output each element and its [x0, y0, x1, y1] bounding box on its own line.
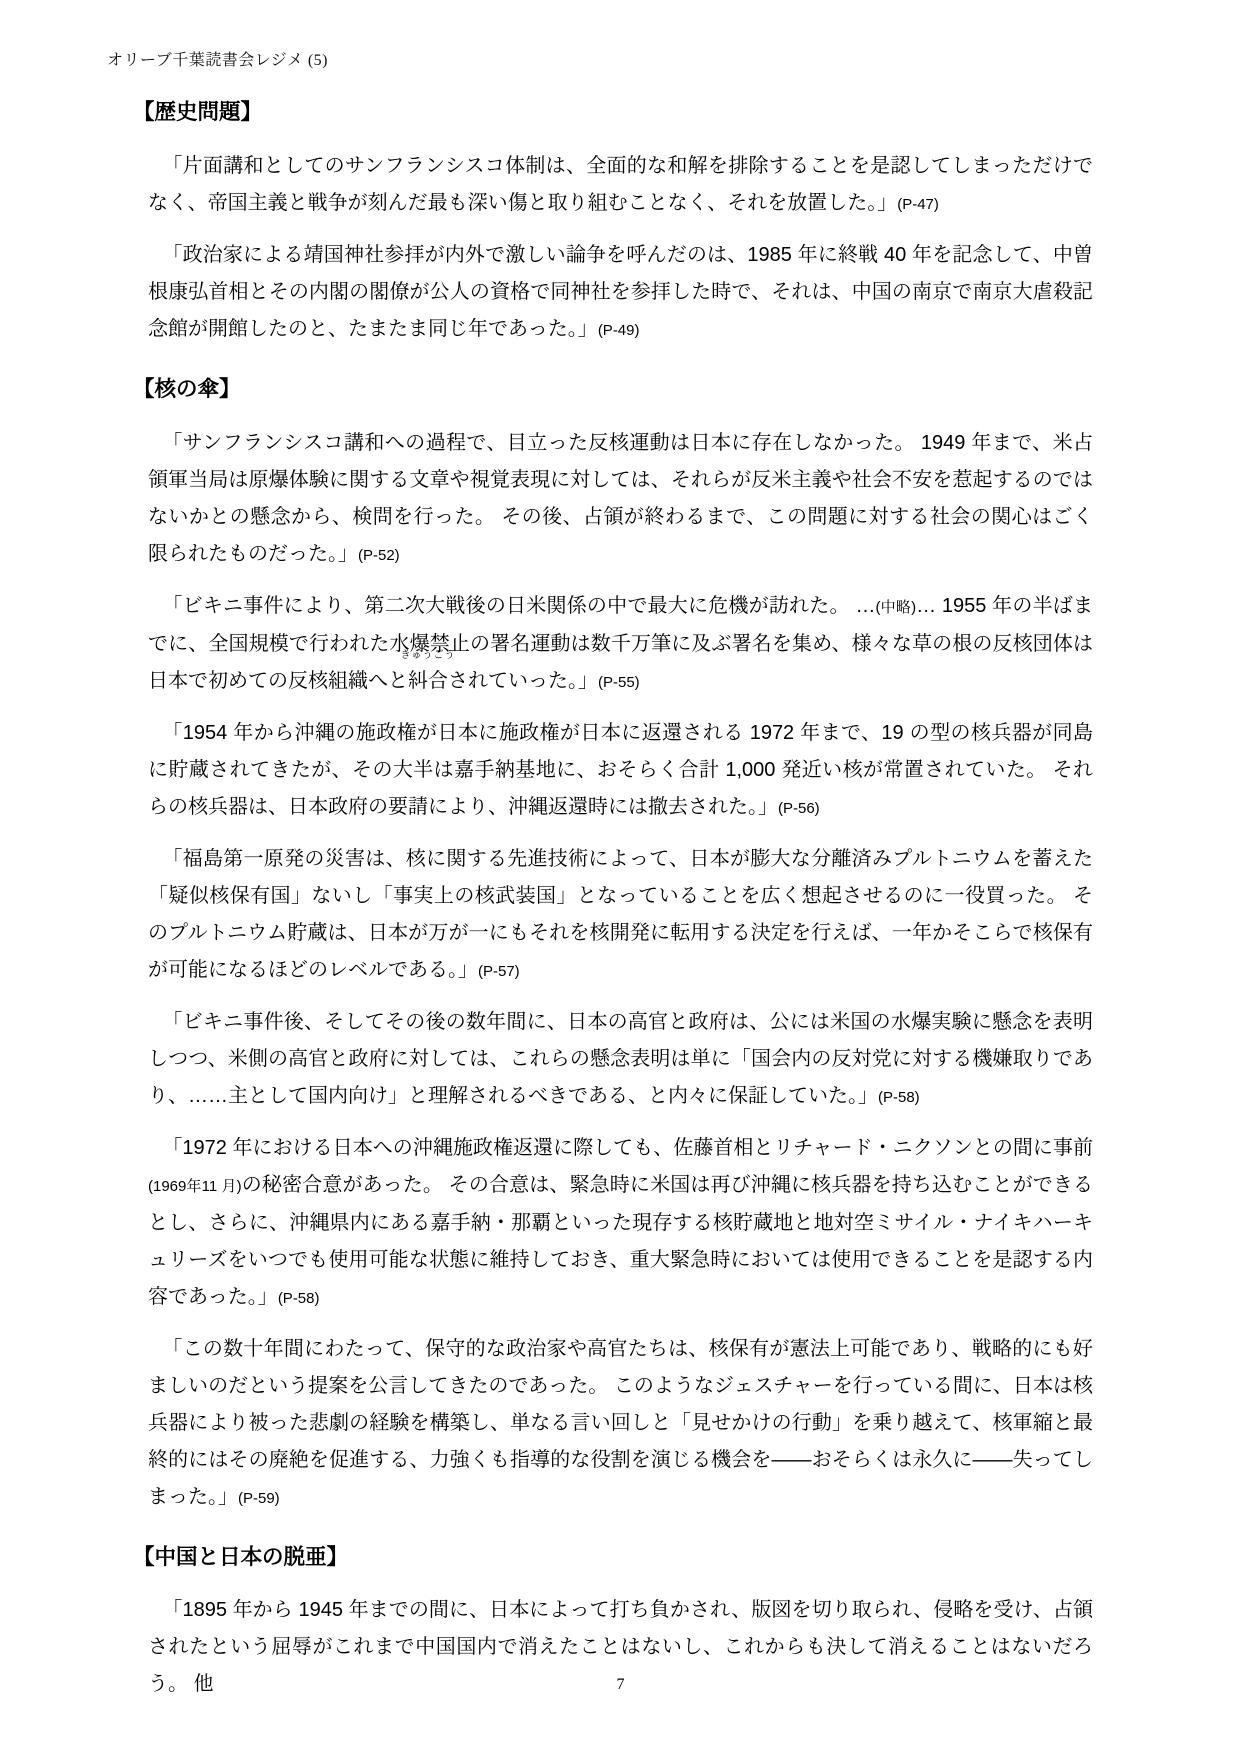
quote-text: 「この数十年間にわたって、保守的な政治家や高官たちは、核保有が憲法上可能であり、… [148, 1338, 1093, 1508]
quote-paragraph: 「サンフランシスコ講和への過程で、目立った反核運動は日本に存在しなかった。 19… [148, 425, 1093, 574]
quote-text: 「ビキニ事件後、そしてその後の数年間に、日本の高官と政府は、公には米国の水爆実験… [148, 1011, 1093, 1107]
section-history: 【歴史問題】 「片面講和としてのサンフランシスコ体制は、全面的な和解を排除するこ… [133, 100, 1095, 349]
inline-note: (中略) [875, 599, 916, 616]
quote-paragraph: 「1954 年から沖縄の施政権が日本に施政権が日本に返還される 1972 年まで… [148, 715, 1093, 827]
furigana: きゅうごう [401, 651, 456, 661]
quote-text: の秘密合意があった。 その合意は、緊急時に米国は再び沖縄に核兵器を持ち込むことが… [148, 1174, 1093, 1308]
page-ref: (P-59) [238, 1490, 280, 1507]
page-ref: (P-47) [897, 196, 939, 213]
document-page: オリーブ千葉読書会レジメ (5) 【歴史問題】 「片面講和としてのサンフランシス… [0, 0, 1241, 1755]
page-ref: (P-57) [478, 963, 520, 980]
page-ref: (P-56) [778, 800, 820, 817]
inline-note: (1969年11 月) [148, 1178, 242, 1195]
quote-paragraph: 「片面講和としてのサンフランシスコ体制は、全面的な和解を排除することを是認してし… [148, 148, 1093, 223]
quote-text: 「サンフランシスコ講和への過程で、目立った反核運動は日本に存在しなかった。 19… [148, 432, 1093, 565]
quote-text: 「1972 年における日本への沖縄施政権返還に際しても、佐藤首相とリチャード・ニ… [162, 1137, 1093, 1159]
page-ref: (P-58) [278, 1290, 320, 1307]
ruby-word: きゅうごう糾合 [408, 663, 448, 700]
quote-text: 「片面講和としてのサンフランシスコ体制は、全面的な和解を排除することを是認してし… [148, 155, 1093, 214]
page-ref: (P-49) [598, 322, 640, 339]
page-ref: (P-55) [598, 674, 640, 691]
page-ref: (P-52) [358, 547, 400, 564]
quote-text: 「福島第一原発の災害は、核に関する先進技術によって、日本が膨大な分離済みプルトニ… [148, 848, 1093, 981]
quote-text: 「ビキニ事件により、第二次大戦後の日米関係の中で最大に危機が訪れた。 … [162, 595, 875, 617]
document-header-title: オリーブ千葉読書会レジメ (5) [107, 47, 328, 70]
section-heading: 【中国と日本の脱亜】 [133, 1545, 1095, 1571]
quote-paragraph: 「ビキニ事件後、そしてその後の数年間に、日本の高官と政府は、公には米国の水爆実験… [148, 1004, 1093, 1116]
quote-text: されていった。」 [448, 670, 598, 692]
ruby-base: 糾合 [408, 670, 448, 692]
section-nuclear-umbrella: 【核の傘】 「サンフランシスコ講和への過程で、目立った反核運動は日本に存在しなか… [133, 377, 1095, 1517]
quote-paragraph: 「この数十年間にわたって、保守的な政治家や高官たちは、核保有が憲法上可能であり、… [148, 1331, 1093, 1517]
document-content: 【歴史問題】 「片面講和としてのサンフランシスコ体制は、全面的な和解を排除するこ… [133, 100, 1095, 1718]
quote-text: 「1954 年から沖縄の施政権が日本に施政権が日本に返還される 1972 年まで… [148, 722, 1093, 818]
quote-paragraph: 「福島第一原発の災害は、核に関する先進技術によって、日本が膨大な分離済みプルトニ… [148, 841, 1093, 990]
section-heading: 【歴史問題】 [133, 100, 1095, 126]
section-heading: 【核の傘】 [133, 377, 1095, 403]
quote-paragraph: 「ビキニ事件により、第二次大戦後の日米関係の中で最大に危機が訪れた。 …(中略)… [148, 588, 1093, 701]
quote-paragraph: 「1972 年における日本への沖縄施政権返還に際しても、佐藤首相とリチャード・ニ… [148, 1130, 1093, 1317]
page-number: 7 [0, 1676, 1241, 1694]
page-ref: (P-58) [878, 1089, 920, 1106]
quote-paragraph: 「政治家による靖国神社参拝が内外で激しい論争を呼んだのは、1985 年に終戦 4… [148, 237, 1093, 349]
